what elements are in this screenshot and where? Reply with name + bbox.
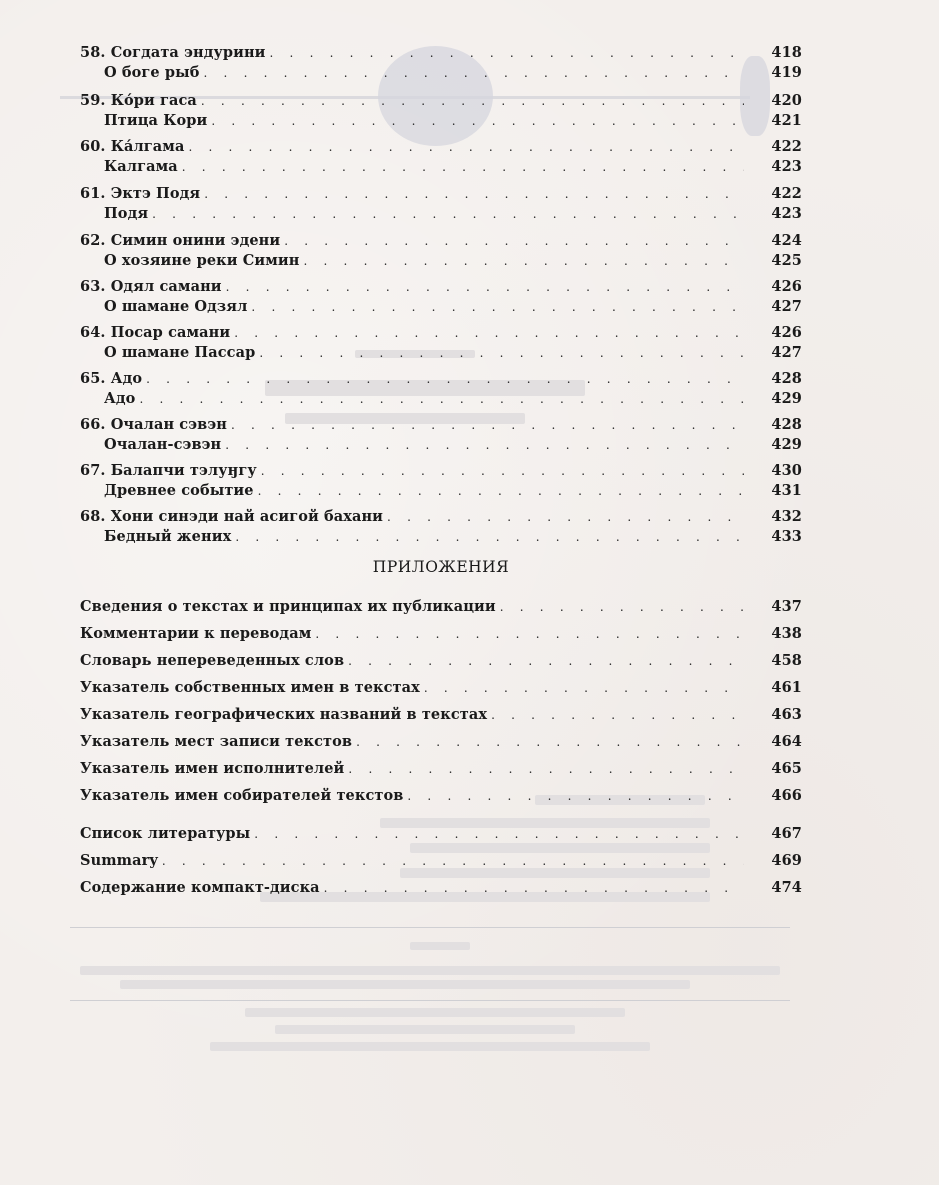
page-number: 464 xyxy=(744,733,802,750)
dot-leader xyxy=(234,326,744,340)
page-number: 420 xyxy=(744,92,802,109)
page-number: 474 xyxy=(744,879,802,896)
dot-leader xyxy=(348,762,744,776)
entry-title: 60. Ка́лгама xyxy=(80,138,188,155)
toc-entry-original[interactable]: 64. Посар самани 426 xyxy=(80,324,802,344)
page-number: 426 xyxy=(744,324,802,341)
page-number: 461 xyxy=(744,679,802,696)
page-number: 466 xyxy=(744,787,802,804)
toc-entry-appendix[interactable]: Указатель имен исполнителей 465 xyxy=(80,760,802,780)
entry-title: Словарь непереведенных слов xyxy=(80,652,348,669)
page-number: 429 xyxy=(744,436,802,453)
entry-title: Очалан-сэвэн xyxy=(80,436,225,453)
page-number: 423 xyxy=(744,205,802,222)
toc-entry-translation[interactable]: О шамане Пассар 427 xyxy=(80,344,802,364)
entry-title: О шамане Одзял xyxy=(80,298,251,315)
page-number: 429 xyxy=(744,390,802,407)
entry-title: О хозяине реки Симин xyxy=(80,252,304,269)
page-number: 469 xyxy=(744,852,802,869)
toc-entry-appendix[interactable]: Указатель имен собирателей текстов 466 xyxy=(80,787,802,807)
toc-entry-translation[interactable]: Бедный жених 433 xyxy=(80,528,802,548)
page-number: 423 xyxy=(744,158,802,175)
toc-entry-appendix[interactable]: Комментарии к переводам 438 xyxy=(80,625,802,645)
page-number: 432 xyxy=(744,508,802,525)
dot-leader xyxy=(231,418,744,432)
toc-entry-appendix[interactable]: Словарь непереведенных слов 458 xyxy=(80,652,802,672)
page-number: 424 xyxy=(744,232,802,249)
dot-leader xyxy=(324,881,744,895)
toc-entry-translation[interactable]: Птица Кори 421 xyxy=(80,112,802,132)
toc-entry-translation[interactable]: Адо 429 xyxy=(80,390,802,410)
entry-title: Указатель имен собирателей текстов xyxy=(80,787,407,804)
dot-leader xyxy=(258,484,744,498)
page-number: 438 xyxy=(744,625,802,642)
entry-title: 65. Адо xyxy=(80,370,146,387)
dot-leader xyxy=(387,510,744,524)
entry-title: 58. Согдата эндурини xyxy=(80,44,270,61)
dot-leader xyxy=(407,789,744,803)
entry-title: 67. Балапчи тэлуӈгу xyxy=(80,462,261,479)
entry-title: О боге рыб xyxy=(80,64,204,81)
entry-title: Содержание компакт-диска xyxy=(80,879,324,896)
entry-title: Древнее событие xyxy=(80,482,258,499)
dot-leader xyxy=(152,207,744,221)
page-number: 422 xyxy=(744,185,802,202)
page-number: 421 xyxy=(744,112,802,129)
entry-title: 68. Хони синэди най асигой бахани xyxy=(80,508,387,525)
toc-entry-translation[interactable]: О шамане Одзял 427 xyxy=(80,298,802,318)
entry-title: 59. Ко́ри гаса xyxy=(80,92,201,109)
page-number: 428 xyxy=(744,416,802,433)
entry-title: Список литературы xyxy=(80,825,254,842)
page-number: 427 xyxy=(744,298,802,315)
entry-title: 64. Посар самани xyxy=(80,324,234,341)
toc-entry-original[interactable]: 60. Ка́лгама 422 xyxy=(80,138,802,158)
toc-entry-translation[interactable]: О хозяине реки Симин 425 xyxy=(80,252,802,272)
toc-entry-original[interactable]: 66. Очалан сэвэн 428 xyxy=(80,416,802,436)
toc-entry-original[interactable]: 61. Эктэ Подя 422 xyxy=(80,185,802,205)
dot-leader xyxy=(424,681,744,695)
dot-leader xyxy=(139,392,744,406)
dot-leader xyxy=(284,234,744,248)
entry-title: Указатель собственных имен в текстах xyxy=(80,679,424,696)
dot-leader xyxy=(500,600,744,614)
page-number: 418 xyxy=(744,44,802,61)
toc-entry-appendix[interactable]: Summary 469 xyxy=(80,852,802,872)
page-number: 458 xyxy=(744,652,802,669)
toc-entry-translation[interactable]: О боге рыб 419 xyxy=(80,64,802,84)
page-number: 430 xyxy=(744,462,802,479)
toc-entry-original[interactable]: 59. Ко́ри гаса 420 xyxy=(80,92,802,112)
page-number: 427 xyxy=(744,344,802,361)
toc-entry-appendix[interactable]: Список литературы 467 xyxy=(80,825,802,845)
dot-leader xyxy=(204,187,744,201)
toc-entry-appendix[interactable]: Сведения о текстах и принципах их публик… xyxy=(80,598,802,618)
dot-leader xyxy=(188,140,744,154)
toc-entry-original[interactable]: 67. Балапчи тэлуӈгу 430 xyxy=(80,462,802,482)
dot-leader xyxy=(204,66,744,80)
toc-entry-appendix[interactable]: Указатель собственных имен в текстах 461 xyxy=(80,679,802,699)
page-number: 425 xyxy=(744,252,802,269)
entry-title: О шамане Пассар xyxy=(80,344,259,361)
page-number: 431 xyxy=(744,482,802,499)
page-number: 422 xyxy=(744,138,802,155)
entry-title: Сведения о текстах и принципах их публик… xyxy=(80,598,500,615)
entry-title: Бедный жених xyxy=(80,528,235,545)
entry-title: Указатель географических названий в текс… xyxy=(80,706,491,723)
page-number: 465 xyxy=(744,760,802,777)
page-number: 428 xyxy=(744,370,802,387)
toc-entry-original[interactable]: 63. Одял самани 426 xyxy=(80,278,802,298)
dot-leader xyxy=(235,530,744,544)
page-number: 433 xyxy=(744,528,802,545)
page-number: 463 xyxy=(744,706,802,723)
page-number: 437 xyxy=(744,598,802,615)
entry-title: Summary xyxy=(80,852,162,869)
dot-leader xyxy=(491,708,744,722)
entry-title: Комментарии к переводам xyxy=(80,625,315,642)
toc-entry-appendix[interactable]: Указатель мест записи текстов 464 xyxy=(80,733,802,753)
dot-leader xyxy=(254,827,744,841)
dot-leader xyxy=(270,46,744,60)
dot-leader xyxy=(201,94,744,108)
dot-leader xyxy=(251,300,744,314)
toc-entry-original[interactable]: 68. Хони синэди най асигой бахани 432 xyxy=(80,508,802,528)
entry-title: Птица Кори xyxy=(80,112,211,129)
dot-leader xyxy=(225,438,744,452)
dot-leader xyxy=(348,654,744,668)
appendix-heading: ПРИЛОЖЕНИЯ xyxy=(80,558,802,576)
entry-title: 63. Одял самани xyxy=(80,278,226,295)
entry-title: 62. Симин онини эдени xyxy=(80,232,284,249)
toc-entry-original[interactable]: 65. Адо 428 xyxy=(80,370,802,390)
toc-entry-original[interactable]: 58. Согдата эндурини 418 xyxy=(80,44,802,64)
dot-leader xyxy=(182,160,744,174)
toc-entry-appendix[interactable]: Указатель географических названий в текс… xyxy=(80,706,802,726)
toc-entry-translation[interactable]: Подя 423 xyxy=(80,205,802,225)
dot-leader xyxy=(162,854,744,868)
entry-title: Адо xyxy=(80,390,139,407)
dot-leader xyxy=(146,372,744,386)
dot-leader xyxy=(261,464,744,478)
dot-leader xyxy=(259,346,744,360)
entry-title: 61. Эктэ Подя xyxy=(80,185,204,202)
entry-title: Указатель мест записи текстов xyxy=(80,733,356,750)
entry-title: Подя xyxy=(80,205,152,222)
toc-entry-translation[interactable]: Древнее событие 431 xyxy=(80,482,802,502)
page-number: 426 xyxy=(744,278,802,295)
dot-leader xyxy=(211,114,744,128)
dot-leader xyxy=(304,254,745,268)
toc-entry-original[interactable]: 62. Симин онини эдени 424 xyxy=(80,232,802,252)
entry-title: Калгама xyxy=(80,158,182,175)
entry-title: 66. Очалан сэвэн xyxy=(80,416,231,433)
dot-leader xyxy=(226,280,744,294)
toc-entry-appendix[interactable]: Содержание компакт-диска 474 xyxy=(80,879,802,899)
dot-leader xyxy=(356,735,744,749)
dot-leader xyxy=(315,627,744,641)
page-number: 419 xyxy=(744,64,802,81)
entry-title: Указатель имен исполнителей xyxy=(80,760,348,777)
toc-entry-translation[interactable]: Калгама 423 xyxy=(80,158,802,178)
page-number: 467 xyxy=(744,825,802,842)
toc-entry-translation[interactable]: Очалан-сэвэн 429 xyxy=(80,436,802,456)
